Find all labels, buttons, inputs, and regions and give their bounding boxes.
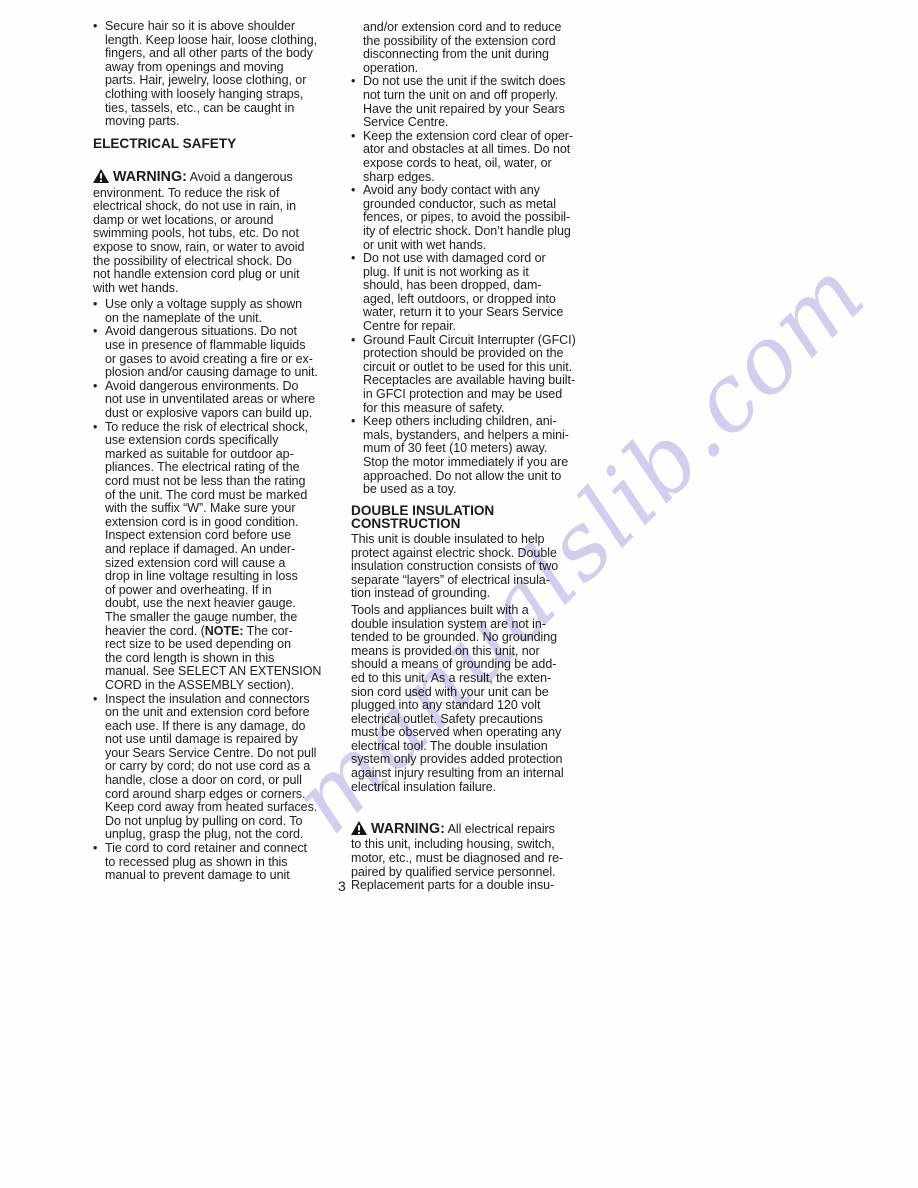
- list-item: • Do not use the unit if the switch does…: [351, 75, 603, 129]
- warning-label: WARNING:: [371, 821, 445, 837]
- section-heading-electrical-safety: ELECTRICAL SAFETY: [93, 137, 351, 151]
- section-heading-double-insulation: DOUBLE INSULATION CONSTRUCTION: [351, 504, 603, 531]
- intro-bullet-text: Secure hair so it is above shoulder leng…: [105, 20, 317, 129]
- bullet-icon: •: [93, 20, 105, 129]
- list-item: • To reduce the risk of electrical shock…: [93, 421, 351, 693]
- double-insulation-paragraph-2: Tools and appliances built with a double…: [351, 604, 603, 794]
- bullet-text: Avoid dangerous environments. Do not use…: [105, 380, 315, 421]
- bullet-text: Use only a voltage supply as shown on th…: [105, 298, 302, 325]
- warning-text: Avoid a dangerous environment. To reduce…: [93, 170, 304, 295]
- bullet-text: Avoid any body contact with any grounded…: [363, 184, 571, 252]
- bullet-text: Keep the extension cord clear of oper- a…: [363, 130, 573, 184]
- bullet-icon: •: [351, 252, 363, 334]
- list-item: • Do not use with damaged cord or plug. …: [351, 252, 603, 334]
- bullet-text: Do not use the unit if the switch does n…: [363, 75, 565, 129]
- list-item: • Tie cord to cord retainer and connect …: [93, 842, 351, 883]
- double-insulation-paragraph-1: This unit is double insulated to help pr…: [351, 533, 603, 601]
- safety-bullet-list: • Do not use the unit if the switch does…: [351, 75, 603, 496]
- bullet-icon: •: [93, 325, 105, 379]
- list-item: • Avoid dangerous environments. Do not u…: [93, 380, 351, 421]
- bullet-icon: •: [93, 421, 105, 693]
- page-number: 3: [338, 878, 346, 894]
- right-column: and/or extension cord and to reduce the …: [351, 21, 603, 896]
- bullet-icon: •: [351, 130, 363, 184]
- bullet-text: To reduce the risk of electrical shock, …: [105, 421, 321, 693]
- warning-triangle-icon: [351, 821, 367, 839]
- list-item: • Keep others including children, ani- m…: [351, 415, 603, 497]
- bullet-icon: •: [93, 298, 105, 325]
- note-label: NOTE:: [205, 624, 244, 638]
- safety-bullet-list: • Use only a voltage supply as shown on …: [93, 298, 351, 883]
- list-item: • Avoid dangerous situations. Do not use…: [93, 325, 351, 379]
- left-column: • Secure hair so it is above shoulder le…: [93, 20, 351, 883]
- bullet-text-before-note: To reduce the risk of electrical shock, …: [105, 420, 308, 638]
- list-item: • Avoid any body contact with any ground…: [351, 184, 603, 252]
- bullet-text: Tie cord to cord retainer and connect to…: [105, 842, 307, 883]
- bullet-icon: •: [93, 842, 105, 883]
- bullet-text: Keep others including children, ani- mal…: [363, 415, 569, 497]
- bullet-icon: •: [93, 693, 105, 843]
- bullet-icon: •: [351, 75, 363, 129]
- bullet-icon: •: [351, 415, 363, 497]
- bullet-icon: •: [351, 334, 363, 416]
- warning-label: WARNING:: [113, 169, 187, 185]
- bullet-text: Avoid dangerous situations. Do not use i…: [105, 325, 318, 379]
- list-item: • Use only a voltage supply as shown on …: [93, 298, 351, 325]
- continuation-paragraph: and/or extension cord and to reduce the …: [351, 21, 603, 75]
- list-item: • Ground Fault Circuit Interrupter (GFCI…: [351, 334, 603, 416]
- warning-triangle-icon: [93, 169, 109, 187]
- bullet-icon: •: [351, 184, 363, 252]
- warning-block: WARNING: All electrical repairs to this …: [351, 807, 603, 893]
- manual-page: manualslib.com • Secure hair so it is ab…: [0, 0, 918, 1188]
- bullet-text: Inspect the insulation and connectors on…: [105, 693, 317, 843]
- bullet-icon: •: [93, 380, 105, 421]
- list-item: • Secure hair so it is above shoulder le…: [93, 20, 351, 129]
- bullet-text: Do not use with damaged cord or plug. If…: [363, 252, 563, 334]
- list-item: • Inspect the insulation and connectors …: [93, 693, 351, 843]
- bullet-text: Ground Fault Circuit Interrupter (GFCI) …: [363, 334, 576, 416]
- warning-block: WARNING: Avoid a dangerous environment. …: [93, 155, 351, 295]
- list-item: • Keep the extension cord clear of oper-…: [351, 130, 603, 184]
